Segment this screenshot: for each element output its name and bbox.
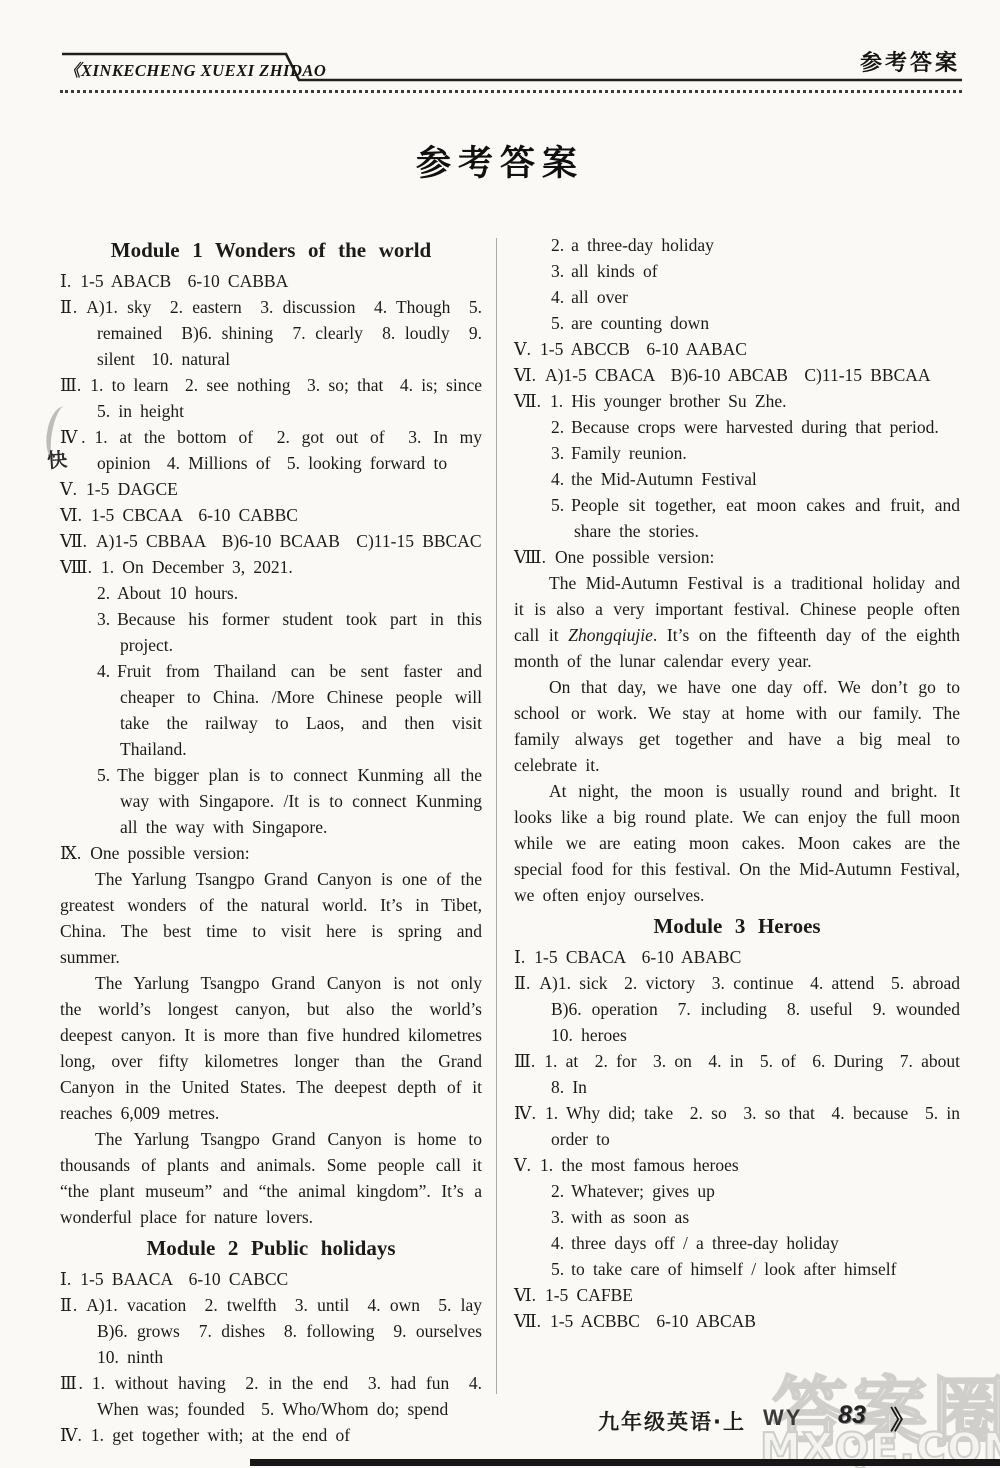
module-title: Module 2 Public holidays [60, 1233, 482, 1263]
answer-subitem: 2.About 10 hours. [60, 580, 482, 606]
answer-item: Ⅰ.1-5 CBACA 6-10 ABABC [514, 944, 960, 970]
item-marker: 3. [97, 609, 110, 629]
answer-subitem: 2.Because crops were harvested during th… [514, 414, 960, 440]
item-marker: 3. [551, 1207, 564, 1227]
item-marker: Ⅵ. [514, 1285, 536, 1305]
answer-item: Ⅷ.One possible version: [514, 544, 960, 570]
answer-subitem: 4.the Mid-Autumn Festival [514, 466, 960, 492]
answer-subitem: 4.Fruit from Thailand can be sent faster… [60, 658, 482, 762]
bottom-scan-bar [250, 1459, 1000, 1466]
item-marker: Ⅱ. [60, 1295, 77, 1315]
item-marker: 4. [97, 661, 110, 681]
item-marker: 4. [551, 287, 564, 307]
item-marker: Ⅶ. [60, 531, 87, 551]
answer-key-page: 《XINKECHENG XUEXI ZHIDAO 参考答案 参考答案 Modul… [0, 0, 1000, 1468]
item-marker: 5. [551, 1259, 564, 1279]
item-marker: Ⅴ. [60, 479, 77, 499]
item-marker: 2. [551, 1181, 564, 1201]
answer-item: Ⅷ.1. On December 3, 2021. [60, 554, 482, 580]
answer-item: Ⅵ.A)1-5 CBACA B)6-10 ABCAB C)11-15 BBCAA [514, 362, 960, 388]
answer-subitem: 4.three days off / a three-day holiday [514, 1230, 960, 1256]
item-marker: Ⅰ. [60, 271, 71, 291]
item-marker: Ⅰ. [60, 1269, 71, 1289]
answer-paragraph: On that day, we have one day off. We don… [514, 674, 960, 778]
answer-paragraph: The Mid-Autumn Festival is a traditional… [514, 570, 960, 674]
item-marker: 2. [551, 235, 564, 255]
brand-logo: 《XINKECHENG XUEXI ZHIDAO [64, 57, 304, 81]
answer-paragraph: The Yarlung Tsangpo Grand Canyon is not … [60, 970, 482, 1126]
answer-item: Ⅸ.One possible version: [60, 840, 482, 866]
answer-item: Ⅵ.1-5 CBCAA 6-10 CABBC [60, 502, 482, 528]
footer-book-label: 九年级英语·上 [598, 1406, 746, 1436]
answer-subitem: 5.People sit together, eat moon cakes an… [514, 492, 960, 544]
item-marker: 2. [97, 583, 110, 603]
answer-paragraph: The Yarlung Tsangpo Grand Canyon is home… [60, 1126, 482, 1230]
item-marker: Ⅴ. [514, 339, 531, 359]
item-marker: Ⅱ. [514, 973, 530, 993]
item-marker: Ⅰ. [514, 947, 525, 967]
answer-item: Ⅴ.1-5 ABCCB 6-10 AABAC [514, 336, 960, 362]
answer-item: Ⅲ.1. to learn 2. see nothing 3. so; that… [60, 372, 482, 424]
answer-subitem: 5.The bigger plan is to connect Kunming … [60, 762, 482, 840]
answer-item: Ⅶ.A)1-5 CBBAA B)6-10 BCAAB C)11-15 BBCAC [60, 528, 482, 554]
item-marker: Ⅲ. [514, 1051, 535, 1071]
answer-subitem: 3.with as soon as [514, 1204, 960, 1230]
answer-item: Ⅶ.1. His younger brother Su Zhe. [514, 388, 960, 414]
handwritten-mark: 快 [46, 443, 68, 473]
answers-column-right: 2.a three-day holiday3.all kinds of4.all… [514, 232, 960, 1334]
footer-arrow-icon: 》 [890, 1400, 912, 1437]
answer-item: Ⅰ.1-5 ABACB 6-10 CABBA [60, 268, 482, 294]
answer-item: Ⅴ.1. the most famous heroes [514, 1152, 960, 1178]
footer-page-number: 83 [838, 1401, 866, 1430]
header-corner-label: 参考答案 [860, 46, 960, 77]
item-marker: Ⅲ. [60, 375, 81, 395]
page-title: 参考答案 [0, 136, 1000, 186]
answer-item: Ⅰ.1-5 BAACA 6-10 CABCC [60, 1266, 482, 1292]
item-marker: 5. [551, 313, 564, 333]
answer-subitem: 3.Because his former student took part i… [60, 606, 482, 658]
answer-subitem: 3.Family reunion. [514, 440, 960, 466]
item-marker: Ⅷ. [60, 557, 92, 577]
item-marker: Ⅵ. [514, 365, 536, 385]
answer-subitem: 4.all over [514, 284, 960, 310]
answer-item: Ⅵ.1-5 CAFBE [514, 1282, 960, 1308]
item-marker: Ⅱ. [60, 297, 77, 317]
header-dotted-rule [60, 90, 962, 93]
item-marker: 2. [551, 417, 564, 437]
item-marker: Ⅲ. [60, 1373, 83, 1393]
item-marker: 5. [97, 765, 110, 785]
footer: 九年级英语·上 WY 83 》 [0, 1398, 1000, 1448]
module-title: Module 3 Heroes [514, 911, 960, 941]
answer-item: Ⅳ.1. at the bottom of 2. got out of 3. I… [60, 424, 482, 476]
answer-item: Ⅱ.A)1. sky 2. eastern 3. discussion 4. T… [60, 294, 482, 372]
footer-edition-label: WY [763, 1405, 802, 1431]
module-title: Module 1 Wonders of the world [60, 235, 482, 265]
answer-item: Ⅱ.A)1. vacation 2. twelfth 3. until 4. o… [60, 1292, 482, 1370]
answer-subitem: 2.a three-day holiday [514, 232, 960, 258]
item-marker: Ⅷ. [514, 547, 546, 567]
header-rule-line [0, 0, 1000, 110]
item-marker: Ⅴ. [514, 1155, 531, 1175]
answer-paragraph: At night, the moon is usually round and … [514, 778, 960, 908]
item-marker: Ⅵ. [60, 505, 82, 525]
answer-subitem: 2.Whatever; gives up [514, 1178, 960, 1204]
item-marker: Ⅶ. [514, 391, 541, 411]
answers-column-left: Module 1 Wonders of the worldⅠ.1-5 ABACB… [60, 232, 482, 1448]
column-divider-line [496, 238, 497, 1394]
item-marker: Ⅶ. [514, 1311, 541, 1331]
answer-item: Ⅴ.1-5 DAGCE [60, 476, 482, 502]
item-marker: Ⅳ. [514, 1103, 536, 1123]
item-marker: Ⅸ. [60, 843, 81, 863]
answer-subitem: 5.to take care of himself / look after h… [514, 1256, 960, 1282]
answer-item: Ⅲ.1. at 2. for 3. on 4. in 5. of 6. Duri… [514, 1048, 960, 1100]
answer-paragraph: The Yarlung Tsangpo Grand Canyon is one … [60, 866, 482, 970]
item-marker: 3. [551, 261, 564, 281]
answer-item: Ⅶ.1-5 ACBBC 6-10 ABCAB [514, 1308, 960, 1334]
item-marker: 4. [551, 1233, 564, 1253]
answer-item: Ⅳ.1. Why did; take 2. so 3. so that 4. b… [514, 1100, 960, 1152]
item-marker: 4. [551, 469, 564, 489]
item-marker: 5. [551, 495, 564, 515]
item-marker: 3. [551, 443, 564, 463]
answer-item: Ⅱ.A)1. sick 2. victory 3. continue 4. at… [514, 970, 960, 1048]
answer-subitem: 5.are counting down [514, 310, 960, 336]
answer-subitem: 3.all kinds of [514, 258, 960, 284]
